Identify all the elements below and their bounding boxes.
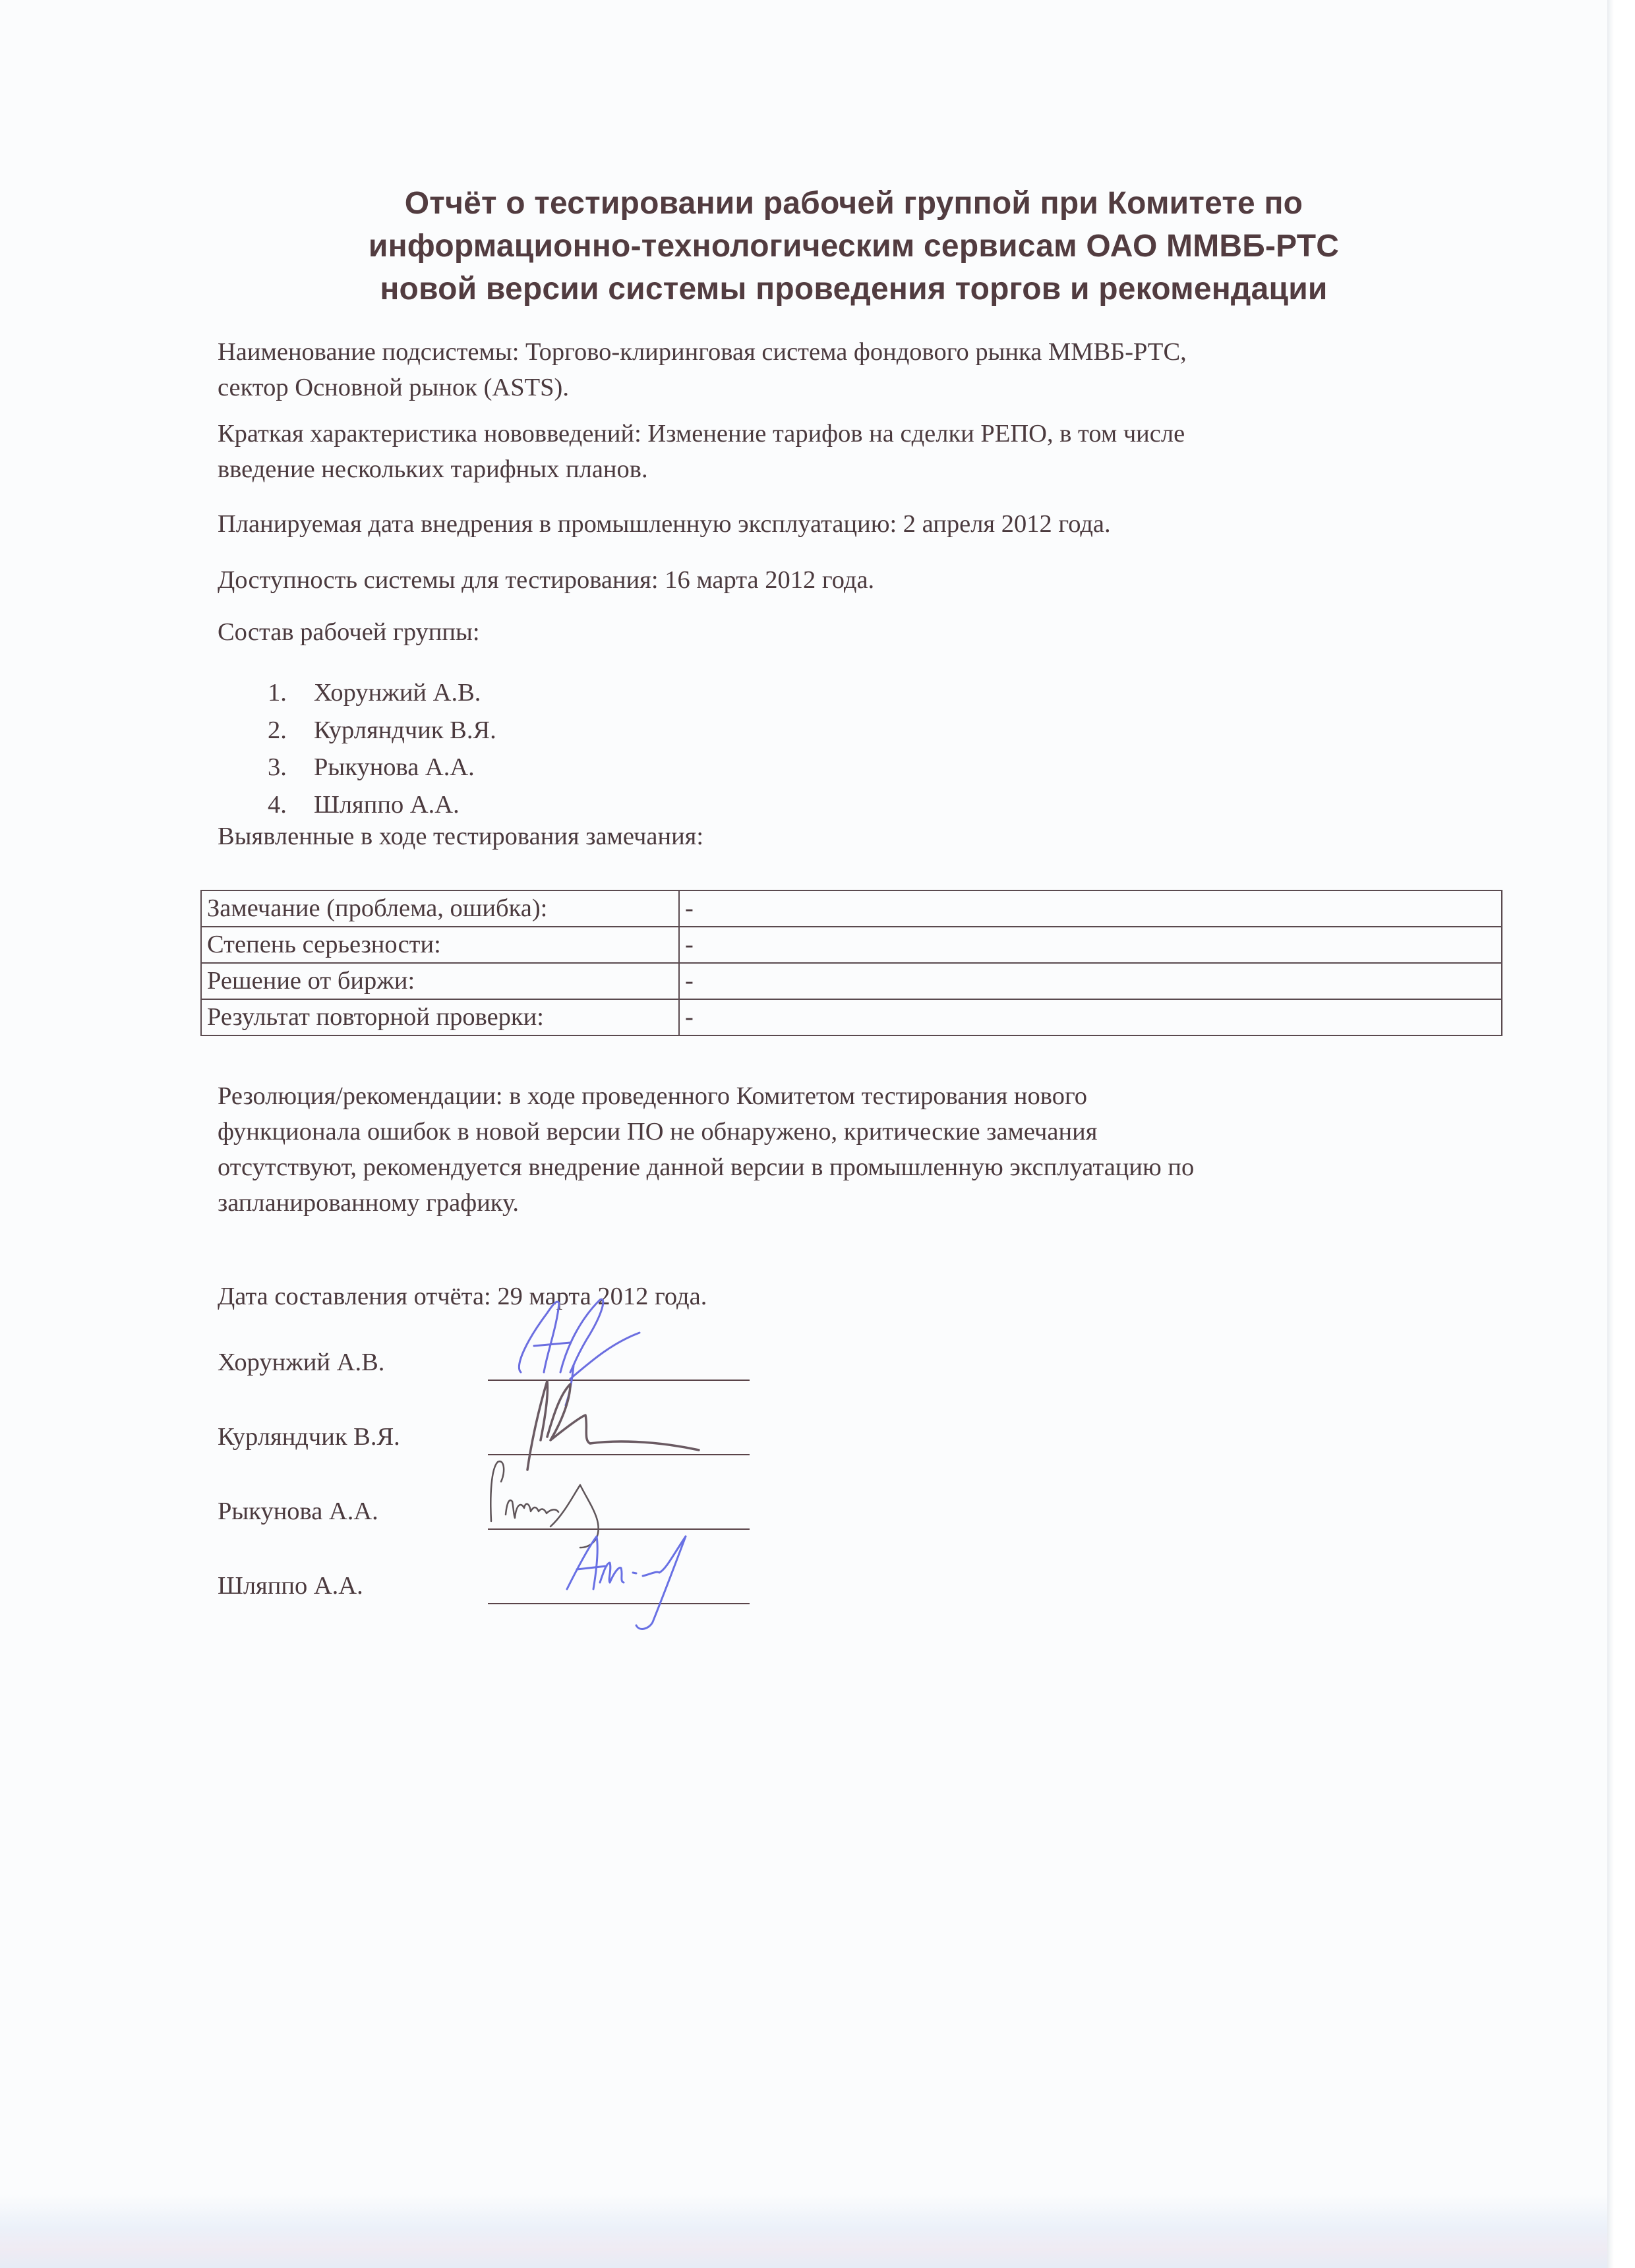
exchange-decision-value: - [679, 963, 1502, 999]
subsystem-line-2: сектор Основной рынок (ASTS). [218, 370, 1497, 405]
table-row: Результат повторной проверки: - [201, 999, 1502, 1035]
scan-bottom-tint [0, 2195, 1607, 2268]
signature-row: Шляппо А.А. [218, 1530, 758, 1604]
title-line-3: новой версии системы проведения торгов и… [218, 268, 1490, 310]
title-line-2: информационно-технологическим сервисам О… [218, 225, 1490, 268]
working-group-heading: Состав рабочей группы: [218, 614, 1497, 650]
member-name: Рыкунова А.А. [314, 749, 475, 786]
innovations-line-2: введение нескольких тарифных планов. [218, 451, 1497, 487]
signer-name: Хорунжий А.В. [218, 1348, 384, 1377]
resolution-line-4: запланированному графику. [218, 1185, 1497, 1221]
exchange-decision-label: Решение от биржи: [201, 963, 679, 999]
remarks-table: Замечание (проблема, ошибка): - Степень … [200, 890, 1502, 1036]
subsystem-paragraph: Наименование подсистемы: Торгово-клиринг… [218, 334, 1497, 405]
remarks-heading: Выявленные в ходе тестирования замечания… [218, 819, 1497, 854]
member-name: Шляппо А.А. [314, 786, 460, 824]
table-row: Степень серьезности: - [201, 927, 1502, 963]
recheck-result-value: - [679, 999, 1502, 1035]
signer-name: Курляндчик В.Я. [218, 1422, 400, 1451]
member-name: Курляндчик В.Я. [314, 712, 496, 749]
document-title: Отчёт о тестировании рабочей группой при… [218, 182, 1490, 310]
table-row: Решение от биржи: - [201, 963, 1502, 999]
resolution-line-3: отсутствуют, рекомендуется внедрение дан… [218, 1149, 1497, 1185]
member-name: Хорунжий А.В. [314, 674, 481, 712]
innovations-line-1: Краткая характеристика нововведений: Изм… [218, 416, 1497, 451]
table-row: Замечание (проблема, ошибка): - [201, 890, 1502, 927]
resolution-paragraph: Резолюция/рекомендации: в ходе проведенн… [218, 1078, 1497, 1221]
signer-name: Рыкунова А.А. [218, 1497, 378, 1526]
signer-name: Шляппо А.А. [218, 1571, 363, 1600]
signature-row: Рыкунова А.А. [218, 1455, 758, 1530]
severity-label: Степень серьезности: [201, 927, 679, 963]
subsystem-line-1: Наименование подсистемы: Торгово-клиринг… [218, 334, 1497, 370]
signature-row: Курляндчик В.Я. [218, 1381, 758, 1455]
title-line-1: Отчёт о тестировании рабочей группой при… [218, 182, 1490, 225]
handwritten-signature-icon [560, 1523, 732, 1635]
scan-edge-shadow [1607, 0, 1635, 2268]
innovations-paragraph: Краткая характеристика нововведений: Изм… [218, 416, 1497, 487]
resolution-line-2: функционала ошибок в новой версии ПО не … [218, 1114, 1497, 1149]
planned-date: Планируемая дата внедрения в промышленну… [218, 506, 1497, 542]
list-number: 4. [268, 786, 287, 824]
list-number: 1. [268, 674, 287, 712]
remark-value: - [679, 890, 1502, 927]
severity-value: - [679, 927, 1502, 963]
availability-date: Доступность системы для тестирования: 16… [218, 562, 1497, 598]
remark-label: Замечание (проблема, ошибка): [201, 890, 679, 927]
list-number: 3. [268, 749, 287, 786]
resolution-line-1: Резолюция/рекомендации: в ходе проведенн… [218, 1078, 1497, 1114]
recheck-result-label: Результат повторной проверки: [201, 999, 679, 1035]
signature-row: Хорунжий А.В. [218, 1306, 758, 1381]
list-number: 2. [268, 712, 287, 749]
